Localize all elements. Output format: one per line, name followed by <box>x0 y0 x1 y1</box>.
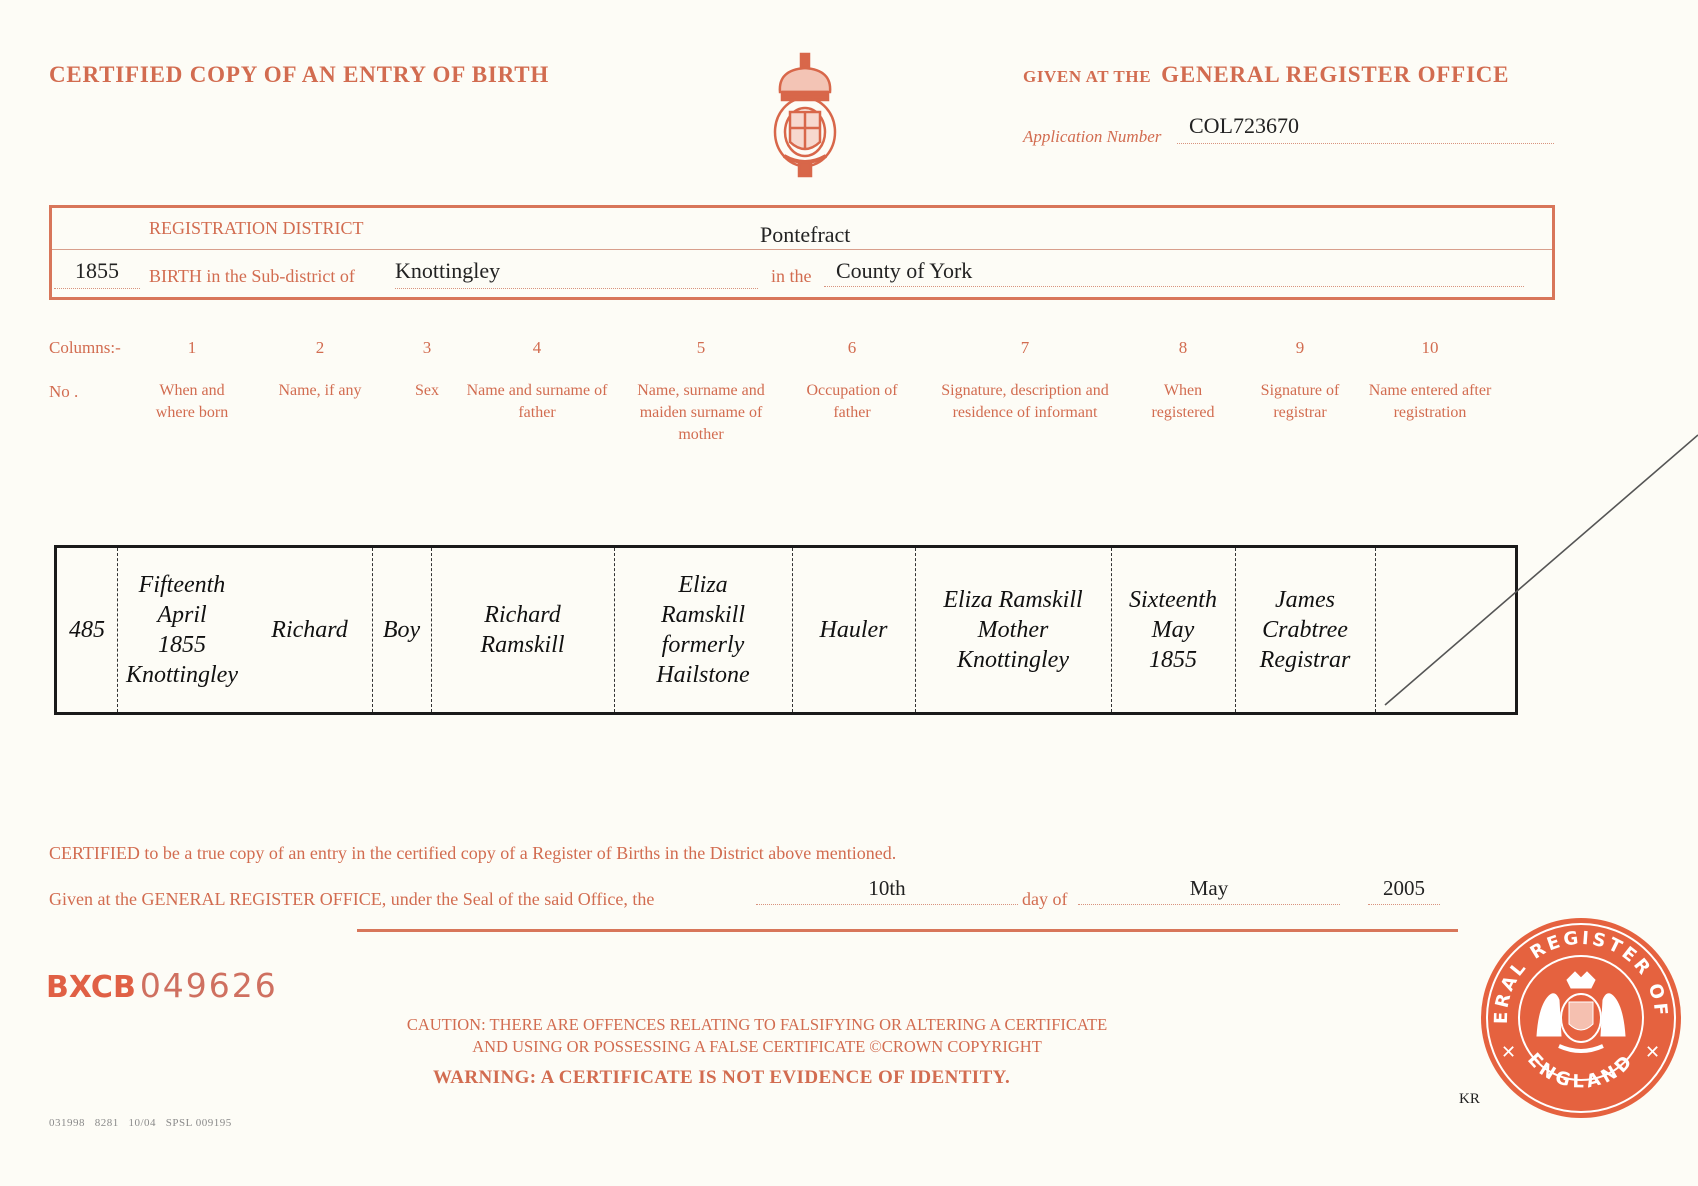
serial-prefix: BXCB <box>46 970 136 1005</box>
month-field: May <box>1078 876 1340 905</box>
column-heading-6: Occupation of father <box>802 380 902 424</box>
certificate-serial: BXCB 049626 <box>46 966 278 1005</box>
signature-rule <box>357 929 1458 932</box>
column-heading-3: Sex <box>397 380 457 402</box>
birth-place: Knottingley <box>126 660 238 690</box>
informant-signature: Eliza Ramskill <box>943 585 1082 615</box>
serial-number: 049626 <box>140 966 278 1005</box>
mother-forename: Eliza <box>678 570 727 600</box>
svg-text:✕: ✕ <box>1501 1042 1516 1063</box>
registration-district-label: REGISTRATION DISTRICT <box>149 218 364 239</box>
father-forename: Richard <box>484 600 560 630</box>
month-value: May <box>1190 876 1229 900</box>
office-name: GENERAL REGISTER OFFICE <box>1161 62 1509 87</box>
entry-number: 485 <box>57 548 117 712</box>
royal-crest-icon <box>770 52 840 180</box>
column-number-5: 5 <box>671 338 731 358</box>
column-heading-7: Signature, description and residence of … <box>925 380 1125 424</box>
entry-when-registered: Sixteenth May 1855 <box>1111 548 1235 712</box>
certified-word: CERTIFIED <box>49 843 140 863</box>
entry-informant: Eliza Ramskill Mother Knottingley <box>915 548 1111 712</box>
day-field: 10th <box>756 876 1018 905</box>
registered-year: 1855 <box>1149 645 1197 675</box>
column-heading-5: Name, surname and maiden surname of moth… <box>626 380 776 446</box>
subdistrict-field: Knottingley <box>395 258 758 289</box>
entry-when-where-born: Fifteenth April 1855 Knottingley <box>117 548 247 712</box>
column-number-7: 7 <box>995 338 1055 358</box>
father-surname: Ramskill <box>481 630 565 660</box>
child-name: Richard <box>271 615 347 645</box>
year-value: 1855 <box>75 258 119 283</box>
register-entry-table: 485 Fifteenth April 1855 Knottingley Ric… <box>54 545 1518 715</box>
mother-surname: Ramskill <box>661 600 745 630</box>
column-heading-8: When registered <box>1138 380 1228 424</box>
day-value: 10th <box>868 876 905 900</box>
column-number-4: 4 <box>507 338 567 358</box>
columns-label: Columns:- <box>49 338 121 358</box>
child-sex: Boy <box>383 615 420 645</box>
birth-year: 1855 <box>158 630 206 660</box>
given-statement: Given at the GENERAL REGISTER OFFICE, un… <box>49 889 654 910</box>
county-field: County of York <box>824 258 1524 287</box>
column-heading-2: Name, if any <box>260 380 380 402</box>
registration-district-value: Pontefract <box>760 222 850 248</box>
caution-line-1: CAUTION: THERE ARE OFFENCES RELATING TO … <box>357 1014 1157 1036</box>
application-number-label: Application Number <box>1023 127 1161 147</box>
day-of-label: day of <box>1022 889 1067 910</box>
no-label: No . <box>49 382 78 402</box>
subdistrict-value: Knottingley <box>395 258 500 283</box>
registrar-surname: Crabtree <box>1262 615 1348 645</box>
year-issued-field: 2005 <box>1368 876 1440 905</box>
caution-notice: CAUTION: THERE ARE OFFENCES RELATING TO … <box>357 1014 1157 1058</box>
column-number-2: 2 <box>290 338 350 358</box>
mother-maiden-name: Hailstone <box>656 660 749 690</box>
form-code: 031998 8281 10/04 SPSL 009195 <box>49 1117 232 1129</box>
informant-description: Mother <box>978 615 1049 645</box>
entry-number-value: 485 <box>69 615 105 645</box>
application-number-field: COL723670 <box>1177 113 1554 144</box>
registrar-title: Registrar <box>1260 645 1351 675</box>
entry-registrar: James Crabtree Registrar <box>1235 548 1375 712</box>
column-number-3: 3 <box>397 338 457 358</box>
entry-sex: Boy <box>372 548 431 712</box>
column-number-8: 8 <box>1153 338 1213 358</box>
registrar-forename: James <box>1275 585 1335 615</box>
column-number-10: 10 <box>1400 338 1460 358</box>
document-title: CERTIFIED COPY OF AN ENTRY OF BIRTH <box>49 62 549 88</box>
given-at-header: GIVEN AT THE GENERAL REGISTER OFFICE <box>1023 62 1509 88</box>
general-register-office-seal: GENERAL REGISTER OFFICE ENGLAND ✕ ✕ <box>1479 916 1683 1120</box>
column-number-9: 9 <box>1270 338 1330 358</box>
in-the-label: in the <box>771 266 812 287</box>
entry-father: Richard Ramskill <box>431 548 614 712</box>
entry-name: Richard <box>247 548 372 712</box>
column-number-6: 6 <box>822 338 882 358</box>
column-heading-4: Name and surname of father <box>462 380 612 424</box>
certified-text: to be a true copy of an entry in the cer… <box>144 843 896 863</box>
subdistrict-label: BIRTH in the Sub-district of <box>149 266 355 287</box>
caution-line-2: AND USING OR POSSESSING A FALSE CERTIFIC… <box>357 1036 1157 1058</box>
registered-month: May <box>1152 615 1195 645</box>
entry-occupation: Hauler <box>792 548 915 712</box>
certified-statement: CERTIFIED to be a true copy of an entry … <box>49 843 896 864</box>
column-number-1: 1 <box>162 338 222 358</box>
registration-box: REGISTRATION DISTRICT Pontefract 1855 BI… <box>49 205 1555 300</box>
strike-through-line <box>1380 430 1698 710</box>
column-heading-1: When and where born <box>142 380 242 424</box>
registered-day: Sixteenth <box>1129 585 1217 615</box>
birth-day: Fifteenth <box>139 570 226 600</box>
birth-month: April <box>157 600 206 630</box>
mother-formerly: formerly <box>662 630 745 660</box>
svg-text:✕: ✕ <box>1645 1042 1660 1063</box>
year-field: 1855 <box>54 258 140 289</box>
county-value: County of York <box>836 258 972 283</box>
informant-residence: Knottingley <box>957 645 1069 675</box>
column-heading-10: Name entered after registration <box>1360 380 1500 424</box>
column-heading-9: Signature of registrar <box>1245 380 1355 424</box>
application-number-value: COL723670 <box>1189 113 1299 138</box>
year-issued-value: 2005 <box>1383 876 1425 900</box>
clerk-initials: KR <box>1459 1091 1480 1108</box>
entry-mother: Eliza Ramskill formerly Hailstone <box>614 548 792 712</box>
identity-warning: WARNING: A CERTIFICATE IS NOT EVIDENCE O… <box>433 1067 1010 1089</box>
father-occupation: Hauler <box>820 615 888 645</box>
registration-box-divider <box>52 249 1552 250</box>
given-at-prefix: GIVEN AT THE <box>1023 67 1151 86</box>
